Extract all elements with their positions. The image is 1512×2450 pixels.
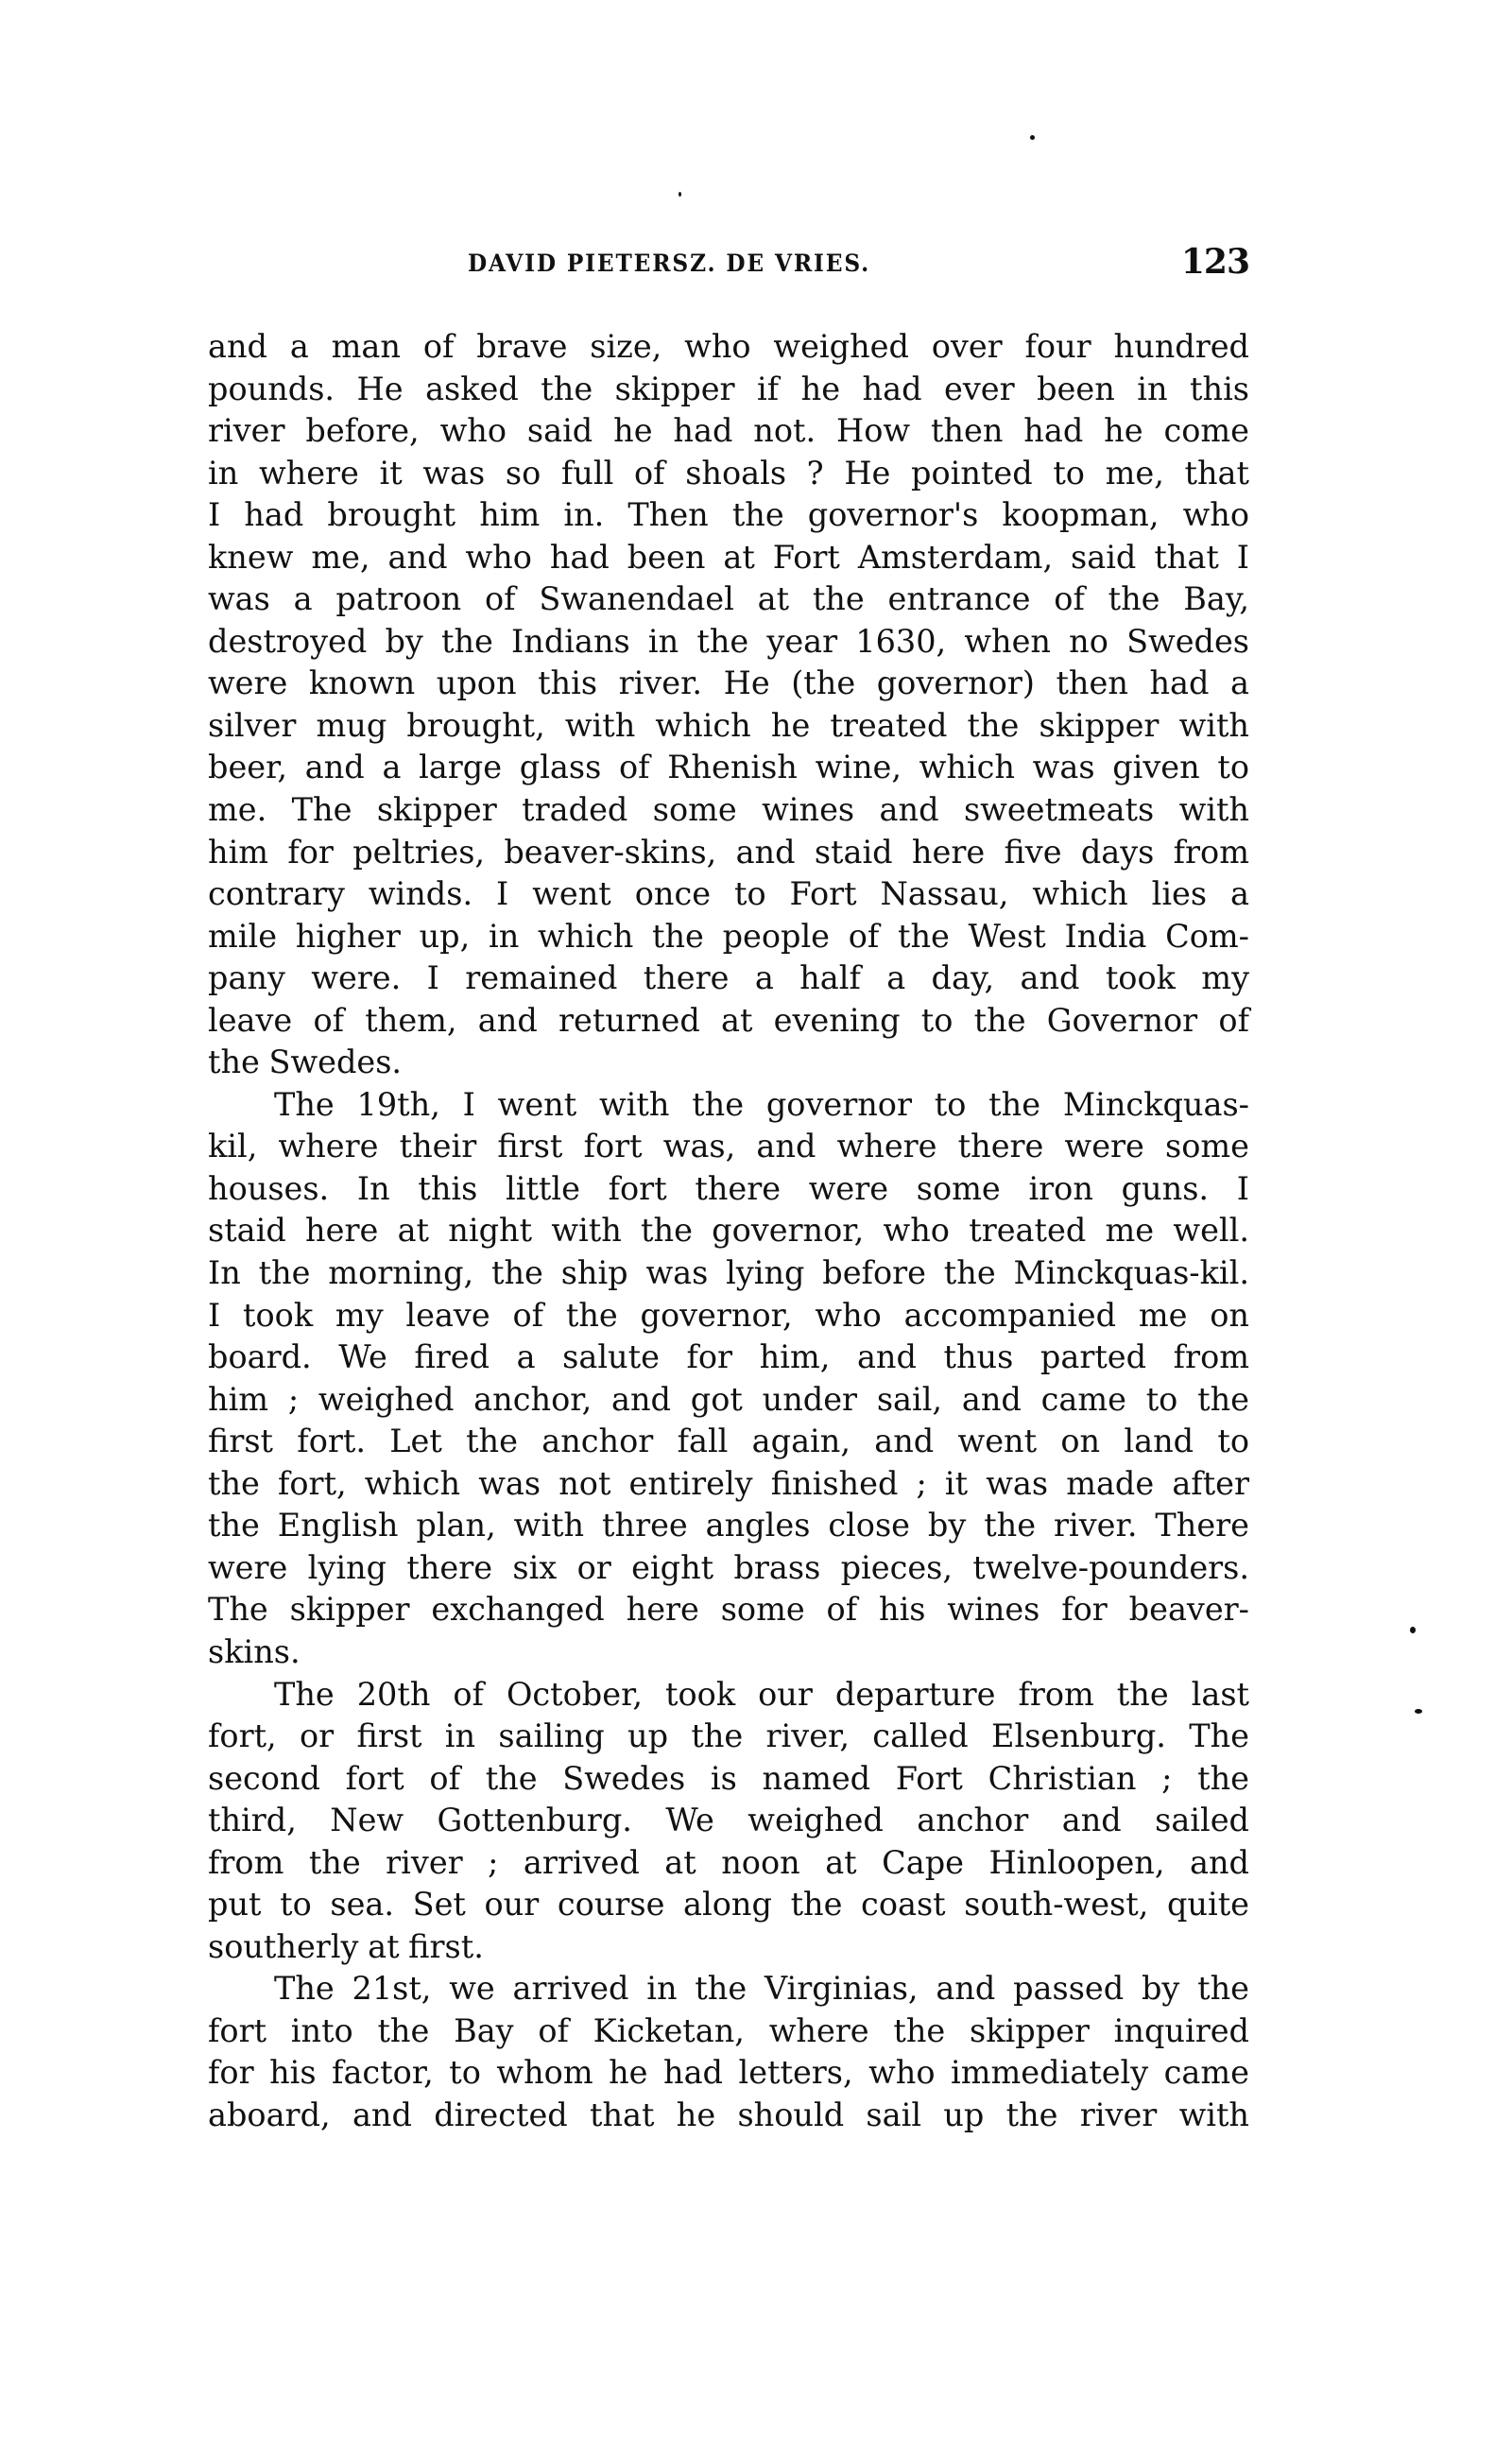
text-line: from the river ; arrived at noon at Cape…	[208, 1842, 1249, 1885]
text-line: kil, where their first fort was, and whe…	[208, 1126, 1249, 1168]
scan-speck	[679, 192, 681, 197]
text-line: houses. In this little fort there were s…	[208, 1168, 1249, 1211]
text-line: leave of them, and returned at evening t…	[208, 1000, 1249, 1043]
scan-speck	[1030, 135, 1035, 140]
text-line: I had brought him in. Then the governor'…	[208, 494, 1249, 537]
text-line: were lying there six or eight brass piec…	[208, 1547, 1249, 1590]
text-line: The 20th of October, took our departure …	[208, 1674, 1249, 1717]
text-line: and a man of brave size, who weighed ove…	[208, 326, 1249, 369]
text-line: staid here at night with the governor, w…	[208, 1210, 1249, 1252]
paragraph: The 19th, I went with the governor to th…	[208, 1084, 1249, 1674]
text-line: I took my leave of the governor, who acc…	[208, 1295, 1249, 1337]
text-line: me. The skipper traded some wines and sw…	[208, 789, 1249, 832]
running-title: DAVID PIETERSZ. DE VRIES.	[468, 250, 870, 277]
text-line: second fort of the Swedes is named Fort …	[208, 1758, 1249, 1801]
text-line: pounds. He asked the skipper if he had e…	[208, 369, 1249, 411]
text-line: contrary winds. I went once to Fort Nass…	[208, 873, 1249, 916]
scan-speck	[1410, 1627, 1416, 1633]
text-line: In the morning, the ship was lying befor…	[208, 1252, 1249, 1295]
text-line: destroyed by the Indians in the year 163…	[208, 621, 1249, 664]
paragraph: The 21st, we arrived in the Virginias, a…	[208, 1968, 1249, 2136]
text-line: mile higher up, in which the people of t…	[208, 916, 1249, 958]
text-line: were known upon this river. He (the gove…	[208, 663, 1249, 705]
text-line: for his factor, to whom he had letters, …	[208, 2052, 1249, 2095]
text-line: third, New Gottenburg. We weighed anchor…	[208, 1800, 1249, 1842]
text-line: pany were. I remained there a half a day…	[208, 958, 1249, 1000]
text-line: the English plan, with three angles clos…	[208, 1505, 1249, 1547]
text-line: him ; weighed anchor, and got under sail…	[208, 1379, 1249, 1422]
text-line: southerly at first.	[208, 1926, 1249, 1969]
paragraph: The 20th of October, took our departure …	[208, 1674, 1249, 1969]
page-number: 123	[1181, 242, 1249, 282]
text-line: silver mug brought, with which he treate…	[208, 705, 1249, 748]
text-line: him for peltries, beaver-skins, and stai…	[208, 832, 1249, 874]
text-line: was a patroon of Swanendael at the entra…	[208, 578, 1249, 621]
paragraph: and a man of brave size, who weighed ove…	[208, 326, 1249, 1084]
text-line: river before, who said he had not. How t…	[208, 410, 1249, 453]
text-line: first fort. Let the anchor fall again, a…	[208, 1421, 1249, 1463]
scan-speck	[1415, 1709, 1422, 1714]
text-line: the fort, which was not entirely finishe…	[208, 1463, 1249, 1506]
text-line: beer, and a large glass of Rhenish wine,…	[208, 747, 1249, 789]
text-line: skins.	[208, 1631, 1249, 1674]
text-line: fort into the Bay of Kicketan, where the…	[208, 2010, 1249, 2053]
text-line: knew me, and who had been at Fort Amster…	[208, 537, 1249, 579]
text-line: board. We fired a salute for him, and th…	[208, 1337, 1249, 1379]
text-line: in where it was so full of shoals ? He p…	[208, 453, 1249, 495]
text-line: The 19th, I went with the governor to th…	[208, 1084, 1249, 1127]
text-line: The 21st, we arrived in the Virginias, a…	[208, 1968, 1249, 2010]
text-line: The skipper exchanged here some of his w…	[208, 1589, 1249, 1631]
text-line: aboard, and directed that he should sail…	[208, 2095, 1249, 2137]
body-text: and a man of brave size, who weighed ove…	[208, 326, 1249, 2137]
text-line: the Swedes.	[208, 1042, 1249, 1084]
text-line: fort, or first in sailing up the river, …	[208, 1716, 1249, 1758]
running-head: DAVID PIETERSZ. DE VRIES. 123	[208, 242, 1249, 284]
text-line: put to sea. Set our course along the coa…	[208, 1884, 1249, 1926]
